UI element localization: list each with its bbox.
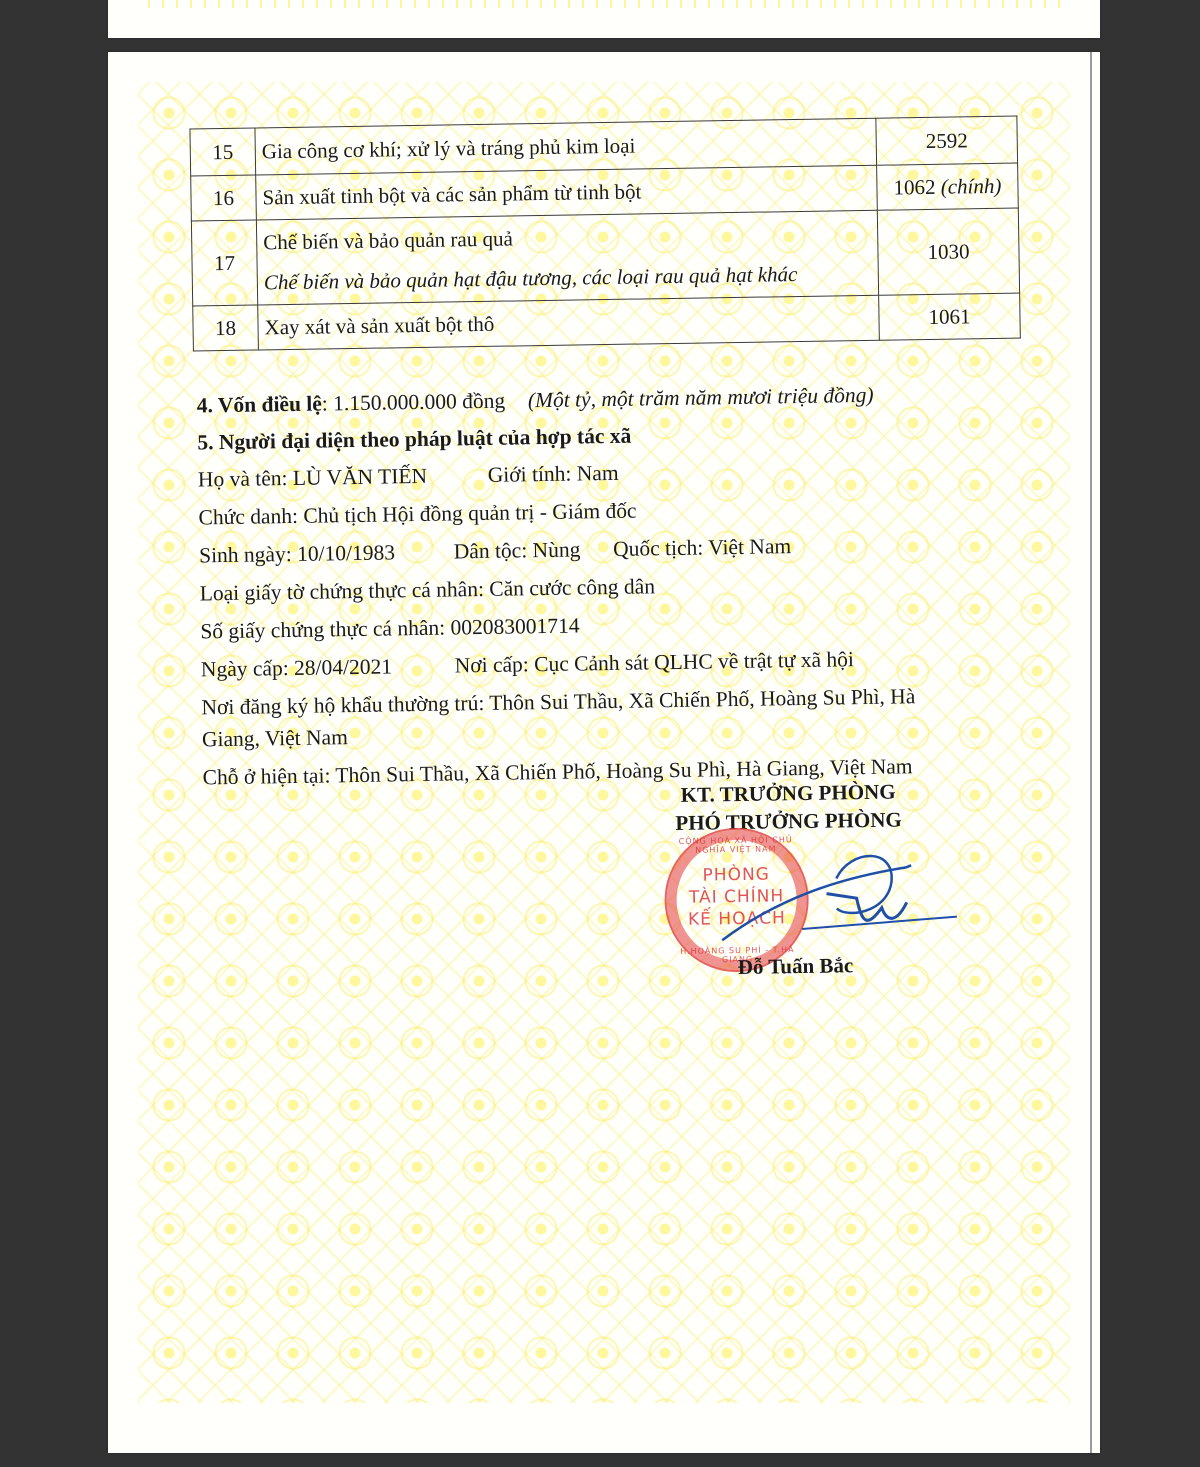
id-type: Loại giấy tờ chứng thực cá nhân: Căn cướ…	[200, 574, 656, 606]
activity-name: Xay xát và sản xuất bột thô	[258, 295, 880, 350]
previous-page-edge	[108, 0, 1100, 38]
permanent-address-line2: Giang, Việt Nam	[202, 725, 348, 752]
activity-detail: Chế biến và bảo quản hạt đậu tương, các …	[264, 253, 873, 303]
ethnicity: Dân tộc: Nùng	[454, 537, 581, 563]
issue-row: Ngày cấp: 28/04/2021 Nơi cấp: Cục Cảnh s…	[201, 647, 854, 682]
permanent-address-line1: Nơi đăng ký hộ khẩu thường trú: Thôn Sui…	[201, 684, 915, 720]
nationality: Quốc tịch: Việt Nam	[613, 534, 791, 561]
signer-name: Đỗ Tuấn Bắc	[737, 953, 853, 980]
charter-capital: 4. Vốn điều lệ: 1.150.000.000 đồng (Một …	[197, 383, 874, 419]
activity-code: 1062 (chính)	[877, 163, 1019, 210]
position-title: Chức danh: Chủ tịch Hội đồng quản trị - …	[198, 499, 636, 531]
code-value: 1062	[893, 174, 935, 199]
signature-title-line1: KT. TRƯỞNG PHÒNG	[675, 777, 902, 809]
activity-code: 1030	[877, 208, 1019, 295]
row-number: 16	[191, 175, 257, 221]
row-number: 18	[193, 305, 259, 351]
row-number: 15	[190, 128, 256, 176]
activity-code: 2592	[876, 116, 1018, 165]
background-pattern	[148, 0, 1060, 8]
id-number: Số giấy chứng thực cá nhân: 002083001714	[200, 613, 580, 644]
birth-row: Sinh ngày: 10/10/1983 Dân tộc: Nùng Quốc…	[199, 534, 791, 568]
row-number: 17	[191, 220, 257, 306]
signature-title: KT. TRƯỞNG PHÒNG PHÓ TRƯỞNG PHÒNG	[675, 777, 902, 837]
main-activity-note: (chính)	[941, 173, 1002, 198]
capital-label: 4. Vốn điều lệ	[197, 392, 322, 418]
birth-date: Sinh ngày: 10/10/1983	[199, 540, 395, 567]
table-row: 17 Chế biến và bảo quản rau quả Chế biến…	[191, 208, 1019, 306]
issue-date: Ngày cấp: 28/04/2021	[201, 654, 392, 681]
capital-value: : 1.150.000.000 đồng	[322, 389, 506, 416]
activity-name: Chế biến và bảo quản rau quả Chế biến và…	[256, 210, 878, 305]
handwritten-signature-icon	[716, 836, 978, 960]
representative-name-row: Họ và tên: LÙ VĂN TIẾN Giới tính: Nam	[198, 461, 619, 493]
capital-in-words: (Một tỷ, một trăm năm mươi triệu đồng)	[528, 383, 874, 412]
document-page: 15 Gia công cơ khí; xử lý và tráng phủ k…	[108, 52, 1100, 1453]
activity-code: 1061	[879, 293, 1021, 340]
full-name: Họ và tên: LÙ VĂN TIẾN	[198, 464, 427, 492]
business-activities-table: 15 Gia công cơ khí; xử lý và tráng phủ k…	[189, 116, 1020, 352]
gender: Giới tính: Nam	[488, 461, 619, 487]
representative-heading: 5. Người đại diện theo pháp luật của hợp…	[197, 424, 631, 456]
issue-place: Nơi cấp: Cục Cảnh sát QLHC về trật tự xã…	[455, 647, 855, 677]
